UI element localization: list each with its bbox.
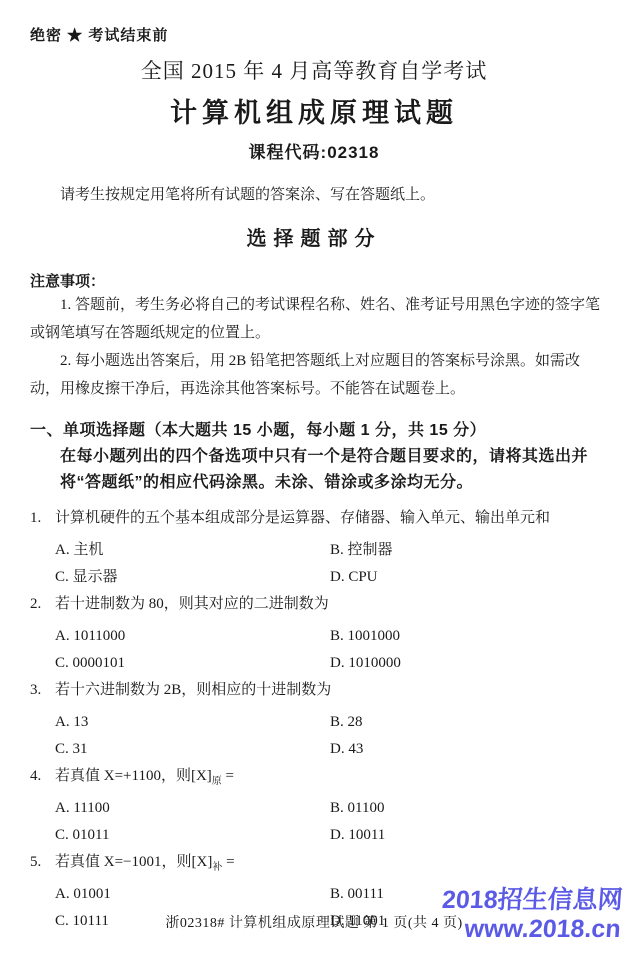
option-b: B. 01100 [330,795,628,822]
exam-title: 全国 2015 年 4 月高等教育自学考试 [0,55,628,85]
question-stem: 4.若真值 X=+1100，则[X]原 = [30,763,628,795]
part-one-heading: 一、单项选择题（本大题共 15 小题，每小题 1 分，共 15 分） [30,418,628,444]
watermark-site-url: www.2018.cn [439,915,622,944]
question-3: 3.若十六进制数为 2B，则相应的十进制数为 A. 13 B. 28 C. 31… [30,677,628,763]
question-1: 1.计算机硬件的五个基本组成部分是运算器、存储器、输入单元、输出单元和 A. 主… [30,505,628,591]
option-a: A. 13 [55,709,330,736]
option-d: D. 10011 [330,822,628,849]
question-stem: 2.若十进制数为 80，则其对应的二进制数为 [30,591,628,623]
question-list: 1.计算机硬件的五个基本组成部分是运算器、存储器、输入单元、输出单元和 A. 主… [30,505,628,935]
option-c: C. 31 [55,736,330,763]
exam-paper-page: 绝密 ★ 考试结束前 全国 2015 年 4 月高等教育自学考试 计算机组成原理… [0,0,628,956]
question-subscript: 补 [212,862,222,873]
option-d: D. 1010000 [330,650,628,677]
question-subscript: 原 [212,776,222,787]
question-stem: 3.若十六进制数为 2B，则相应的十进制数为 [30,677,628,709]
question-number: 5. [30,849,55,876]
option-a: A. 1011000 [55,623,330,650]
classification-label: 绝密 ★ 考试结束前 [30,24,628,45]
question-number: 2. [30,591,55,618]
option-grid: A. 主机 B. 控制器 C. 显示器 D. CPU [30,537,628,591]
option-a: A. 11100 [55,795,330,822]
option-a: A. 主机 [55,537,330,564]
option-grid: A. 13 B. 28 C. 31 D. 43 [30,709,628,763]
question-2: 2.若十进制数为 80，则其对应的二进制数为 A. 1011000 B. 100… [30,591,628,677]
question-stem: 5.若真值 X=−1001，则[X]补 = [30,849,628,881]
option-b: B. 1001000 [330,623,628,650]
question-number: 3. [30,677,55,704]
question-4: 4.若真值 X=+1100，则[X]原 = A. 11100 B. 01100 … [30,763,628,849]
notes-title: 注意事项： [30,270,628,291]
question-text: 若真值 X=−1001，则[X] [55,854,212,870]
note-item-2: 2. 每小题选出答案后，用 2B 铅笔把答题纸上对应题目的答案标号涂黑。如需改动… [30,347,602,403]
course-code: 课程代码:02318 [0,138,628,163]
section-title: 选择题部分 [0,222,628,251]
part-one-subheading: 在每小题列出的四个备选项中只有一个是符合题目要求的，请将其选出并将“答题纸”的相… [60,444,592,496]
option-grid: A. 1011000 B. 1001000 C. 0000101 D. 1010… [30,623,628,677]
question-text-after: = [222,854,234,870]
option-a: A. 01001 [55,881,330,908]
option-b: B. 28 [330,709,628,736]
question-number: 4. [30,763,55,790]
option-d: D. CPU [330,564,628,591]
option-d: D. 43 [330,736,628,763]
question-text: 若十六进制数为 2B，则相应的十进制数为 [55,682,331,698]
note-item-1: 1. 答题前，考生务必将自己的考试课程名称、姓名、准考证号用黑色字迹的签字笔或钢… [30,291,602,347]
question-text: 若十进制数为 80，则其对应的二进制数为 [55,596,329,612]
question-text: 计算机硬件的五个基本组成部分是运算器、存储器、输入单元、输出单元和 [55,510,550,526]
watermark-site-name: 2018招生信息网 [441,886,624,915]
option-c: C. 01011 [55,822,330,849]
option-b: B. 控制器 [330,537,628,564]
question-number: 1. [30,505,55,532]
paper-title: 计算机组成原理试题 [0,91,628,130]
option-grid: A. 11100 B. 01100 C. 01011 D. 10011 [30,795,628,849]
answer-sheet-instruction: 请考生按规定用笔将所有试题的答案涂、写在答题纸上。 [30,183,598,207]
question-text: 若真值 X=+1100，则[X] [55,768,212,784]
question-stem: 1.计算机硬件的五个基本组成部分是运算器、存储器、输入单元、输出单元和 [30,505,628,537]
watermark: 2018招生信息网 www.2018.cn [439,886,624,944]
question-text-after: = [222,768,234,784]
option-c: C. 显示器 [55,564,330,591]
option-c: C. 0000101 [55,650,330,677]
